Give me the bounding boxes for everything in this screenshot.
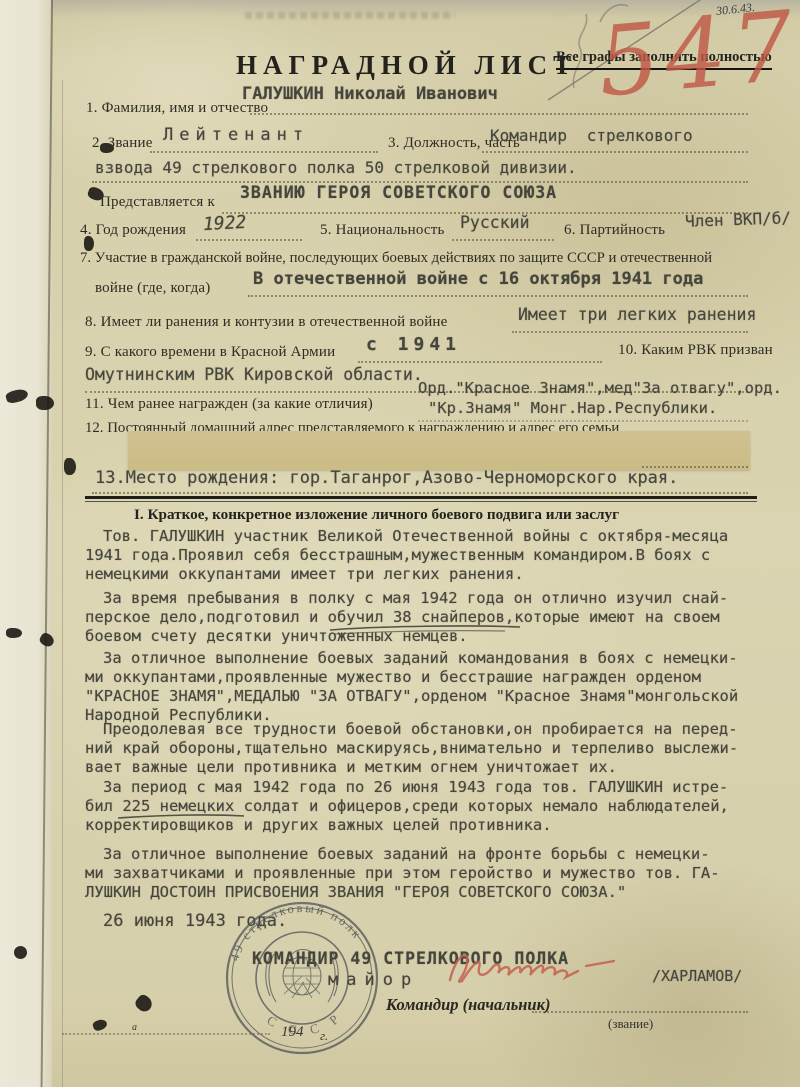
signature-rank-line: майор bbox=[328, 970, 419, 990]
signature-typed-name: /ХАРЛАМОВ/ bbox=[652, 967, 742, 985]
dotted-line bbox=[62, 1033, 270, 1035]
dotted-line bbox=[532, 1011, 748, 1013]
svg-text:С С С Р: С С С Р bbox=[264, 1008, 346, 1038]
rank-caption: (звание) bbox=[608, 1016, 653, 1032]
footnote-mark: а bbox=[132, 1022, 137, 1033]
commander-form-label: Командир (начальник) bbox=[386, 995, 550, 1015]
year-suffix: г. bbox=[320, 1028, 328, 1044]
award-sheet-document: 30.6.43. Все графы заполнять полностью 5… bbox=[0, 0, 800, 1087]
handwritten-signature bbox=[436, 940, 646, 994]
year-prefix: 194 bbox=[281, 1024, 304, 1041]
